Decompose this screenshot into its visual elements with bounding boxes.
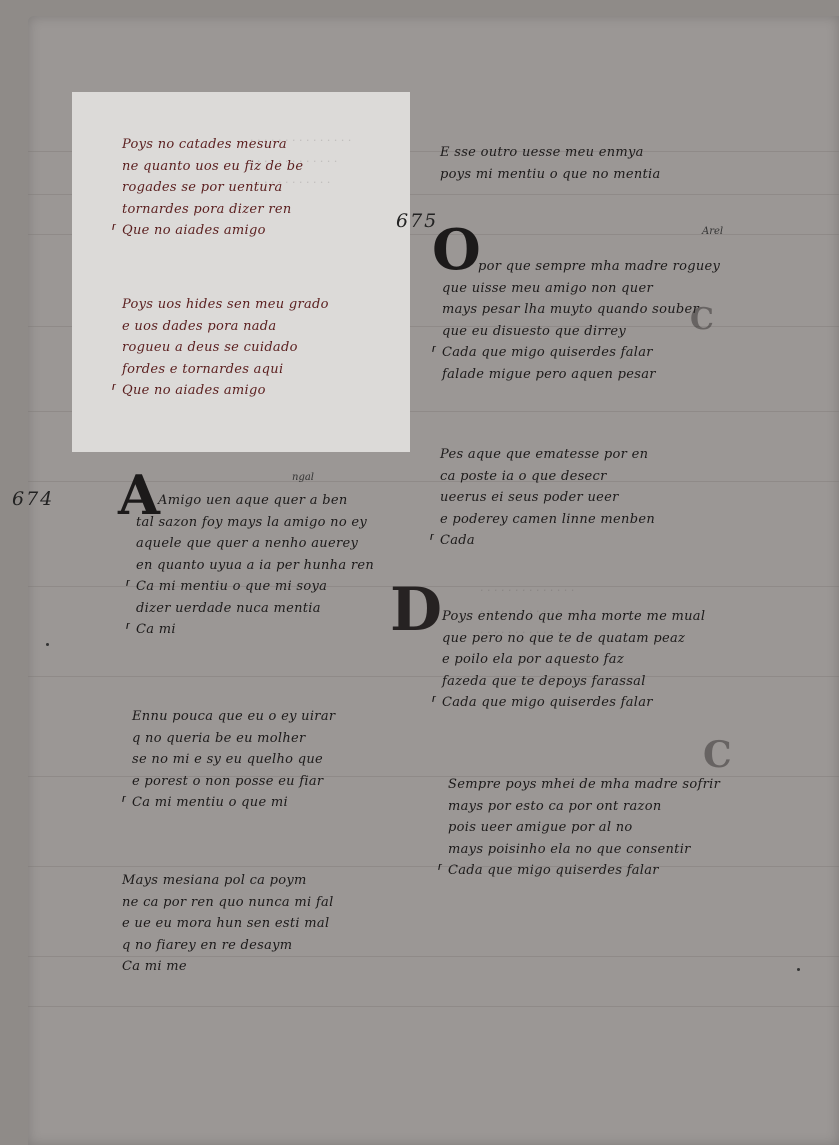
ruled-line xyxy=(28,1006,839,1007)
refrain-line: Ca mi xyxy=(136,619,374,641)
verse-line: fazeda que te depoys farassal xyxy=(442,671,705,693)
verse-line: en quanto uyua a ia per hunha ren xyxy=(136,555,374,577)
verse-line: poys mi mentiu o que no mentia xyxy=(440,164,661,186)
stanza-highlighted-1: Poys no catades mesura ne quanto uos eu … xyxy=(122,134,303,242)
verse-line: rogades se por uentura xyxy=(122,177,303,199)
verse-line: ueerus ei seus poder ueer xyxy=(440,487,655,509)
verse-line: Sempre poys mhei de mha madre sofrir xyxy=(448,774,720,796)
verse-line: ne quanto uos eu fiz de be xyxy=(122,156,303,178)
verse-line: E sse outro uesse meu enmya xyxy=(440,142,661,164)
verse-line: que eu disuesto que dirrey xyxy=(442,321,720,343)
verse-line: tal sazon foy mays la amigo no ey xyxy=(136,512,374,534)
verse-line: mays poisinho ela no que consentir xyxy=(448,839,720,861)
refrain-line: Cada que migo quiserdes falar xyxy=(448,860,720,882)
verse-line: Ca mi me xyxy=(122,956,334,978)
refrain-line: Cada xyxy=(440,530,655,552)
stanza-674-3: Mays mesiana pol ca poym ne ca por ren q… xyxy=(122,870,334,978)
decorated-initial-d: D xyxy=(390,580,442,640)
verse-line: mays por esto ca por ont razon xyxy=(448,796,720,818)
verse-line: ca poste ia o que desecr xyxy=(440,466,655,488)
verse-line: Poys entendo que mha morte me mual xyxy=(442,606,705,628)
stanza-675-3: Poys entendo que mha morte me mual que p… xyxy=(442,606,705,714)
refrain-line: Que no aiades amigo xyxy=(122,220,303,242)
verse-line: e poilo ela por aquesto faz xyxy=(442,649,705,671)
faded-initial-c: C xyxy=(703,734,732,776)
stanza-674-1: Amigo uen aque quer a ben tal sazon foy … xyxy=(136,490,374,641)
verse-line: que pero no que te de quatam peaz xyxy=(442,628,705,650)
verse-line: e uos dades pora nada xyxy=(122,316,329,338)
verse-line: rogueu a deus se cuidado xyxy=(122,337,329,359)
refrain-line: Ca mi mentiu o que mi soya xyxy=(136,576,374,598)
ink-dot xyxy=(46,643,49,646)
verse-line: e porest o non posse eu fiar xyxy=(132,771,335,793)
verse-line: Ennu pouca que eu o ey uirar xyxy=(132,706,335,728)
verse-line: se no mi e sy eu quelho que xyxy=(132,749,335,771)
verse-line: ne ca por ren quo nunca mi fal xyxy=(122,892,334,914)
refrain-line: Cada que migo quiserdes falar xyxy=(442,342,720,364)
refrain-line: Que no aiades amigo xyxy=(122,380,329,402)
verse-line: Poys uos hides sen meu grado xyxy=(122,294,329,316)
stanza-675-1: por que sempre mha madre roguey que uiss… xyxy=(442,256,720,385)
verse-line: Poys no catades mesura xyxy=(122,134,303,156)
verse-line: falade migue pero aquen pesar xyxy=(442,364,720,386)
faded-initial-c: C xyxy=(690,302,714,337)
verse-line: q no fiarey en re desaym xyxy=(122,935,334,957)
ink-dot xyxy=(797,968,800,971)
verse-line: fordes e tornardes aqui xyxy=(122,359,329,381)
verse-line: Amigo uen aque quer a ben xyxy=(136,490,374,512)
margin-note: Arel xyxy=(702,226,723,237)
stanza-675-2: Pes aque que ematesse por en ca poste ia… xyxy=(440,444,655,552)
refrain-line: Cada que migo quiserdes falar xyxy=(442,692,705,714)
verse-line: q no queria be eu molher xyxy=(132,728,335,750)
verse-line: dizer uerdade nuca mentia xyxy=(136,598,374,620)
verse-line: e poderey camen linne menben xyxy=(440,509,655,531)
ruled-line xyxy=(28,676,839,677)
verse-line: Pes aque que ematesse por en xyxy=(440,444,655,466)
stanza-675-top: E sse outro uesse meu enmya poys mi ment… xyxy=(440,142,661,185)
verse-line: e ue eu mora hun sen esti mal xyxy=(122,913,334,935)
verse-line: pois ueer amigue por al no xyxy=(448,817,720,839)
stanza-highlighted-2: Poys uos hides sen meu grado e uos dades… xyxy=(122,294,329,402)
verse-line: por que sempre mha madre roguey xyxy=(442,256,720,278)
verse-line: Mays mesiana pol ca poym xyxy=(122,870,334,892)
folio-number-left: 674 xyxy=(12,488,54,510)
refrain-line: Ca mi mentiu o que mi xyxy=(132,792,335,814)
verse-line: tornardes pora dizer ren xyxy=(122,199,303,221)
stanza-674-2: Ennu pouca que eu o ey uirar q no queria… xyxy=(132,706,335,814)
stanza-675-4: Sempre poys mhei de mha madre sofrir may… xyxy=(448,774,720,882)
verse-line: que uisse meu amigo non quer xyxy=(442,278,720,300)
verse-line: mays pesar lha muyto quando souber xyxy=(442,299,720,321)
verse-line: aquele que quer a nenho auerey xyxy=(136,533,374,555)
margin-note: ngal xyxy=(292,472,314,483)
